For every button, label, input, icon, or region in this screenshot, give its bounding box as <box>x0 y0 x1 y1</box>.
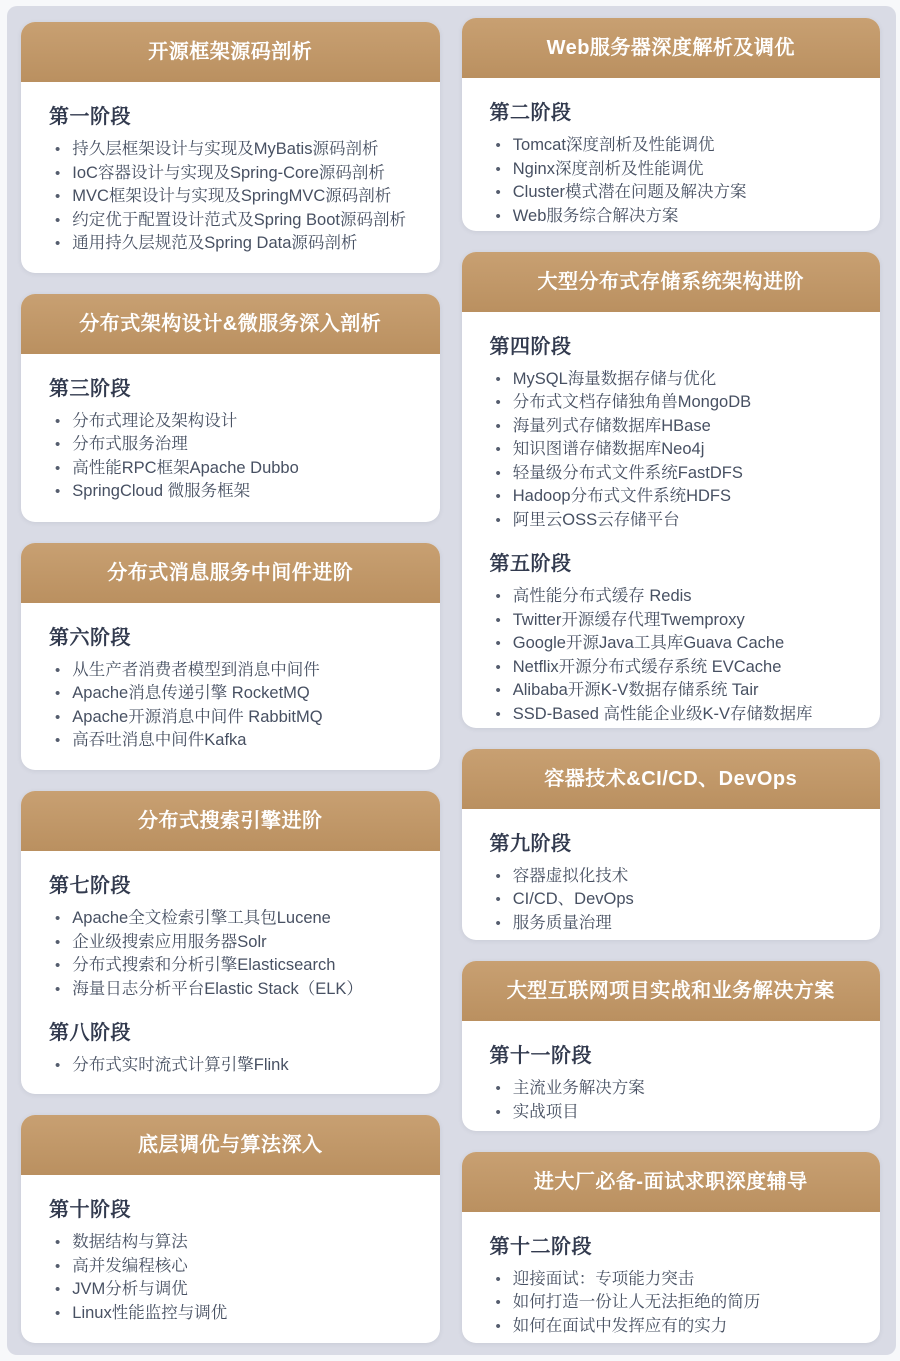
course-card-title: 底层调优与算法深入 <box>138 1133 323 1157</box>
bullet-icon: • <box>496 705 501 726</box>
course-card: Web服务器深度解析及调优 第二阶段 •Tomcat深度剖析及性能调优 •Ngi… <box>462 18 881 231</box>
bullet-icon: • <box>496 160 501 181</box>
stage-title: 第九阶段 <box>490 827 857 856</box>
bullet-icon: • <box>496 658 501 679</box>
list-item: •MVC框架设计与实现及SpringMVC源码剖析 <box>49 186 416 208</box>
stage-title: 第十二阶段 <box>490 1230 857 1259</box>
list-item: •高吞吐消息中间件Kafka <box>49 730 416 752</box>
list-item: •Google开源Java工具库Guava Cache <box>490 633 857 655</box>
item-text: Nginx深度剖析及性能调优 <box>513 160 704 178</box>
bullet-icon: • <box>496 1317 501 1338</box>
item-text: JVM分析与调优 <box>72 1280 188 1298</box>
stage-section: 第九阶段 •容器虚拟化技术 •CI/CD、DevOps •服务质量治理 <box>490 827 857 935</box>
stage-item-list: •Tomcat深度剖析及性能调优 •Nginx深度剖析及性能调优 •Cluste… <box>490 135 857 227</box>
course-card-title: 分布式搜索引擎进阶 <box>138 809 323 833</box>
list-item: •JVM分析与调优 <box>49 1279 416 1301</box>
course-card-body: 第十二阶段 •迎接面试：专项能力突击 •如何打造一份让人无法拒绝的简历 •如何在… <box>462 1212 881 1343</box>
bullet-icon: • <box>496 511 501 532</box>
bullet-icon: • <box>496 1103 501 1124</box>
list-item: •MySQL海量数据存储与优化 <box>490 369 857 391</box>
bullet-icon: • <box>55 187 60 208</box>
item-text: 如何打造一份让人无法拒绝的简历 <box>513 1293 761 1311</box>
item-text: Twitter开源缓存代理Twemproxy <box>513 611 745 629</box>
item-text: MVC框架设计与实现及SpringMVC源码剖析 <box>72 187 391 205</box>
course-card: 大型分布式存储系统架构进阶 第四阶段 •MySQL海量数据存储与优化 •分布式文… <box>462 252 881 728</box>
course-card-header: 底层调优与算法深入 <box>21 1115 440 1175</box>
stage-item-list: •Apache全文检索引擎工具包Lucene •企业级搜索应用服务器Solr •… <box>49 908 416 1000</box>
list-item: •轻量级分布式文件系统FastDFS <box>490 463 857 485</box>
item-text: 海量列式存储数据库HBase <box>513 417 711 435</box>
stage-title: 第十一阶段 <box>490 1039 857 1068</box>
columns-wrapper: 开源框架源码剖析 第一阶段 •持久层框架设计与实现及MyBatis源码剖析 •I… <box>21 18 880 1343</box>
bullet-icon: • <box>496 1079 501 1100</box>
stage-item-list: •迎接面试：专项能力突击 •如何打造一份让人无法拒绝的简历 •如何在面试中发挥应… <box>490 1269 857 1338</box>
stage-title: 第八阶段 <box>49 1016 416 1045</box>
item-text: 高性能分布式缓存 Redis <box>513 587 692 605</box>
stage-title: 第七阶段 <box>49 869 416 898</box>
list-item: •分布式理论及架构设计 <box>49 411 416 433</box>
stage-title: 第三阶段 <box>49 372 416 401</box>
course-card-title: 大型互联网项目实战和业务解决方案 <box>507 979 835 1003</box>
bullet-icon: • <box>55 1056 60 1077</box>
bullet-icon: • <box>55 684 60 705</box>
item-text: 分布式服务治理 <box>72 435 188 453</box>
bullet-icon: • <box>496 867 501 888</box>
course-card: 容器技术&CI/CD、DevOps 第九阶段 •容器虚拟化技术 •CI/CD、D… <box>462 749 881 940</box>
stage-item-list: •数据结构与算法 •高并发编程核心 •JVM分析与调优 •Linux性能监控与调… <box>49 1232 416 1324</box>
course-card-body: 第四阶段 •MySQL海量数据存储与优化 •分布式文档存储独角兽MongoDB … <box>462 312 881 728</box>
bullet-icon: • <box>55 731 60 752</box>
list-item: •阿里云OSS云存储平台 <box>490 510 857 532</box>
item-text: 约定优于配置设计范式及Spring Boot源码剖析 <box>72 211 406 229</box>
stage-title: 第五阶段 <box>490 547 857 576</box>
list-item: •从生产者消费者模型到消息中间件 <box>49 660 416 682</box>
stage-section: 第五阶段 •高性能分布式缓存 Redis •Twitter开源缓存代理Twemp… <box>490 547 857 727</box>
stage-section: 第六阶段 •从生产者消费者模型到消息中间件 •Apache消息传递引擎 Rock… <box>49 621 416 752</box>
stage-title: 第二阶段 <box>490 96 857 125</box>
item-text: 轻量级分布式文件系统FastDFS <box>513 464 743 482</box>
item-text: 持久层框架设计与实现及MyBatis源码剖析 <box>72 140 378 158</box>
course-card-title: 开源框架源码剖析 <box>148 40 312 64</box>
bullet-icon: • <box>55 708 60 729</box>
bullet-icon: • <box>496 1293 501 1314</box>
course-card-header: 分布式架构设计&微服务深入剖析 <box>21 294 440 354</box>
course-card: 分布式架构设计&微服务深入剖析 第三阶段 •分布式理论及架构设计 •分布式服务治… <box>21 294 440 522</box>
list-item: •服务质量治理 <box>490 913 857 935</box>
course-card-body: 第十阶段 •数据结构与算法 •高并发编程核心 •JVM分析与调优 •Linux性… <box>21 1175 440 1343</box>
list-item: •如何在面试中发挥应有的实力 <box>490 1316 857 1338</box>
bullet-icon: • <box>496 464 501 485</box>
item-text: 分布式文档存储独角兽MongoDB <box>513 393 751 411</box>
course-card-header: 大型互联网项目实战和业务解决方案 <box>462 961 881 1021</box>
item-text: 实战项目 <box>513 1103 579 1121</box>
stage-title: 第一阶段 <box>49 100 416 129</box>
course-card-header: 开源框架源码剖析 <box>21 22 440 82</box>
curriculum-board: 开源框架源码剖析 第一阶段 •持久层框架设计与实现及MyBatis源码剖析 •I… <box>7 6 896 1355</box>
bullet-icon: • <box>55 909 60 930</box>
course-card-title: 大型分布式存储系统架构进阶 <box>538 270 805 294</box>
list-item: •高性能分布式缓存 Redis <box>490 586 857 608</box>
list-item: •Cluster模式潜在问题及解决方案 <box>490 182 857 204</box>
list-item: •持久层框架设计与实现及MyBatis源码剖析 <box>49 139 416 161</box>
list-item: •Netflix开源分布式缓存系统 EVCache <box>490 657 857 679</box>
stage-section: 第三阶段 •分布式理论及架构设计 •分布式服务治理 •高性能RPC框架Apach… <box>49 372 416 503</box>
course-card: 分布式消息服务中间件进阶 第六阶段 •从生产者消费者模型到消息中间件 •Apac… <box>21 543 440 771</box>
list-item: •分布式文档存储独角兽MongoDB <box>490 392 857 414</box>
stage-section: 第二阶段 •Tomcat深度剖析及性能调优 •Nginx深度剖析及性能调优 •C… <box>490 96 857 227</box>
stage-section: 第十二阶段 •迎接面试：专项能力突击 •如何打造一份让人无法拒绝的简历 •如何在… <box>490 1230 857 1338</box>
list-item: •Linux性能监控与调优 <box>49 1303 416 1325</box>
list-item: •IoC容器设计与实现及Spring-Core源码剖析 <box>49 163 416 185</box>
course-card-title: 进大厂必备-面试求职深度辅导 <box>534 1170 808 1194</box>
bullet-icon: • <box>55 412 60 433</box>
list-item: •SpringCloud 微服务框架 <box>49 481 416 503</box>
bullet-icon: • <box>55 164 60 185</box>
course-card-title: 容器技术&CI/CD、DevOps <box>544 767 797 791</box>
list-item: •分布式实时流式计算引擎Flink <box>49 1055 416 1077</box>
bullet-icon: • <box>496 587 501 608</box>
bullet-icon: • <box>55 956 60 977</box>
course-card-header: Web服务器深度解析及调优 <box>462 18 881 78</box>
item-text: Tomcat深度剖析及性能调优 <box>513 136 715 154</box>
bullet-icon: • <box>496 417 501 438</box>
item-text: MySQL海量数据存储与优化 <box>513 370 717 388</box>
item-text: 如何在面试中发挥应有的实力 <box>513 1317 728 1335</box>
item-text: Apache消息传递引擎 RocketMQ <box>72 684 309 702</box>
item-text: 海量日志分析平台Elastic Stack（ELK） <box>72 980 363 998</box>
course-card-title: 分布式架构设计&微服务深入剖析 <box>79 312 381 336</box>
bullet-icon: • <box>55 661 60 682</box>
course-card-header: 容器技术&CI/CD、DevOps <box>462 749 881 809</box>
bullet-icon: • <box>496 393 501 414</box>
list-item: •SSD-Based 高性能企业级K-V存储数据库 Aerospike <box>490 704 857 728</box>
list-item: •Web服务综合解决方案 <box>490 206 857 228</box>
bullet-icon: • <box>55 933 60 954</box>
list-item: •Tomcat深度剖析及性能调优 <box>490 135 857 157</box>
item-text: CI/CD、DevOps <box>513 890 634 908</box>
left-column: 开源框架源码剖析 第一阶段 •持久层框架设计与实现及MyBatis源码剖析 •I… <box>21 18 440 1343</box>
item-text: 高性能RPC框架Apache Dubbo <box>72 459 299 477</box>
stage-section: 第一阶段 •持久层框架设计与实现及MyBatis源码剖析 •IoC容器设计与实现… <box>49 100 416 255</box>
item-text: 阿里云OSS云存储平台 <box>513 511 680 529</box>
item-text: Netflix开源分布式缓存系统 EVCache <box>513 658 782 676</box>
course-card-body: 第三阶段 •分布式理论及架构设计 •分布式服务治理 •高性能RPC框架Apach… <box>21 354 440 522</box>
course-card-header: 分布式搜索引擎进阶 <box>21 791 440 851</box>
course-card-body: 第二阶段 •Tomcat深度剖析及性能调优 •Nginx深度剖析及性能调优 •C… <box>462 78 881 231</box>
list-item: •分布式搜索和分析引擎Elasticsearch <box>49 955 416 977</box>
list-item: •数据结构与算法 <box>49 1232 416 1254</box>
item-text: Alibaba开源K-V数据存储系统 Tair <box>513 681 759 699</box>
item-text: Hadoop分布式文件系统HDFS <box>513 487 731 505</box>
item-text: Apache全文检索引擎工具包Lucene <box>72 909 331 927</box>
stage-section: 第十阶段 •数据结构与算法 •高并发编程核心 •JVM分析与调优 •Linux性… <box>49 1193 416 1324</box>
right-column: Web服务器深度解析及调优 第二阶段 •Tomcat深度剖析及性能调优 •Ngi… <box>462 18 881 1343</box>
bullet-icon: • <box>496 370 501 391</box>
item-text: 服务质量治理 <box>513 914 612 932</box>
stage-section: 第七阶段 •Apache全文检索引擎工具包Lucene •企业级搜索应用服务器S… <box>49 869 416 1000</box>
item-text: 高吞吐消息中间件Kafka <box>72 731 246 749</box>
item-text: 主流业务解决方案 <box>513 1079 645 1097</box>
bullet-icon: • <box>55 482 60 503</box>
list-item: •Alibaba开源K-V数据存储系统 Tair <box>490 680 857 702</box>
bullet-icon: • <box>55 980 60 1001</box>
bullet-icon: • <box>496 634 501 655</box>
list-item: •约定优于配置设计范式及Spring Boot源码剖析 <box>49 210 416 232</box>
list-item: •主流业务解决方案 <box>490 1078 857 1100</box>
item-text: Apache开源消息中间件 RabbitMQ <box>72 708 322 726</box>
stage-section: 第八阶段 •分布式实时流式计算引擎Flink <box>49 1016 416 1077</box>
course-card-header: 大型分布式存储系统架构进阶 <box>462 252 881 312</box>
item-text: 知识图谱存储数据库Neo4j <box>513 440 705 458</box>
list-item: •海量日志分析平台Elastic Stack（ELK） <box>49 979 416 1001</box>
course-card-body: 第七阶段 •Apache全文检索引擎工具包Lucene •企业级搜索应用服务器S… <box>21 851 440 1094</box>
item-text: IoC容器设计与实现及Spring-Core源码剖析 <box>72 164 385 182</box>
bullet-icon: • <box>496 611 501 632</box>
bullet-icon: • <box>55 211 60 232</box>
stage-item-list: •从生产者消费者模型到消息中间件 •Apache消息传递引擎 RocketMQ … <box>49 660 416 752</box>
bullet-icon: • <box>496 136 501 157</box>
bullet-icon: • <box>55 234 60 255</box>
item-text: SSD-Based 高性能企业级K-V存储数据库 Aerospike <box>490 705 813 728</box>
course-card-header: 进大厂必备-面试求职深度辅导 <box>462 1152 881 1212</box>
course-card: 大型互联网项目实战和业务解决方案 第十一阶段 •主流业务解决方案 •实战项目 <box>462 961 881 1131</box>
stage-section: 第十一阶段 •主流业务解决方案 •实战项目 <box>490 1039 857 1123</box>
list-item: •知识图谱存储数据库Neo4j <box>490 439 857 461</box>
item-text: Cluster模式潜在问题及解决方案 <box>513 183 747 201</box>
bullet-icon: • <box>55 459 60 480</box>
course-card: 分布式搜索引擎进阶 第七阶段 •Apache全文检索引擎工具包Lucene •企… <box>21 791 440 1094</box>
bullet-icon: • <box>496 1270 501 1291</box>
stage-item-list: •主流业务解决方案 •实战项目 <box>490 1078 857 1123</box>
list-item: •Apache消息传递引擎 RocketMQ <box>49 683 416 705</box>
item-text: 企业级搜索应用服务器Solr <box>72 933 266 951</box>
list-item: •企业级搜索应用服务器Solr <box>49 932 416 954</box>
list-item: •分布式服务治理 <box>49 434 416 456</box>
bullet-icon: • <box>55 1304 60 1325</box>
list-item: •迎接面试：专项能力突击 <box>490 1269 857 1291</box>
bullet-icon: • <box>496 890 501 911</box>
list-item: •Hadoop分布式文件系统HDFS <box>490 486 857 508</box>
list-item: •Nginx深度剖析及性能调优 <box>490 159 857 181</box>
course-card-body: 第十一阶段 •主流业务解决方案 •实战项目 <box>462 1021 881 1131</box>
stage-item-list: •持久层框架设计与实现及MyBatis源码剖析 •IoC容器设计与实现及Spri… <box>49 139 416 255</box>
course-card-title: Web服务器深度解析及调优 <box>547 36 795 60</box>
stage-item-list: •容器虚拟化技术 •CI/CD、DevOps •服务质量治理 <box>490 866 857 935</box>
stage-item-list: •分布式理论及架构设计 •分布式服务治理 •高性能RPC框架Apache Dub… <box>49 411 416 503</box>
item-text: 分布式理论及架构设计 <box>72 412 237 430</box>
list-item: •Twitter开源缓存代理Twemproxy <box>490 610 857 632</box>
item-text: 从生产者消费者模型到消息中间件 <box>72 661 320 679</box>
course-card-header: 分布式消息服务中间件进阶 <box>21 543 440 603</box>
item-text: 分布式搜索和分析引擎Elasticsearch <box>72 956 335 974</box>
item-text: 容器虚拟化技术 <box>513 867 629 885</box>
item-text: 数据结构与算法 <box>72 1233 188 1251</box>
course-card-body: 第一阶段 •持久层框架设计与实现及MyBatis源码剖析 •IoC容器设计与实现… <box>21 82 440 273</box>
bullet-icon: • <box>496 440 501 461</box>
list-item: •海量列式存储数据库HBase <box>490 416 857 438</box>
bullet-icon: • <box>496 487 501 508</box>
course-card-body: 第九阶段 •容器虚拟化技术 •CI/CD、DevOps •服务质量治理 <box>462 809 881 940</box>
list-item: •高并发编程核心 <box>49 1256 416 1278</box>
item-text: 分布式实时流式计算引擎Flink <box>72 1056 288 1074</box>
item-text: 高并发编程核心 <box>72 1257 188 1275</box>
list-item: •容器虚拟化技术 <box>490 866 857 888</box>
bullet-icon: • <box>55 1280 60 1301</box>
bullet-icon: • <box>55 1233 60 1254</box>
bullet-icon: • <box>496 183 501 204</box>
course-card: 底层调优与算法深入 第十阶段 •数据结构与算法 •高并发编程核心 •JVM分析与… <box>21 1115 440 1343</box>
stage-title: 第四阶段 <box>490 330 857 359</box>
stage-item-list: •MySQL海量数据存储与优化 •分布式文档存储独角兽MongoDB •海量列式… <box>490 369 857 532</box>
item-text: 迎接面试：专项能力突击 <box>513 1270 695 1288</box>
course-card: 开源框架源码剖析 第一阶段 •持久层框架设计与实现及MyBatis源码剖析 •I… <box>21 22 440 273</box>
stage-item-list: •高性能分布式缓存 Redis •Twitter开源缓存代理Twemproxy … <box>490 586 857 727</box>
bullet-icon: • <box>496 914 501 935</box>
list-item: •Apache全文检索引擎工具包Lucene <box>49 908 416 930</box>
list-item: •如何打造一份让人无法拒绝的简历 <box>490 1292 857 1314</box>
stage-title: 第十阶段 <box>49 1193 416 1222</box>
item-text: 通用持久层规范及Spring Data源码剖析 <box>72 234 357 252</box>
list-item: •高性能RPC框架Apache Dubbo <box>49 458 416 480</box>
course-card-body: 第六阶段 •从生产者消费者模型到消息中间件 •Apache消息传递引擎 Rock… <box>21 603 440 771</box>
list-item: •实战项目 <box>490 1102 857 1124</box>
item-text: SpringCloud 微服务框架 <box>72 482 250 500</box>
bullet-icon: • <box>55 1257 60 1278</box>
list-item: •CI/CD、DevOps <box>490 889 857 911</box>
course-card: 进大厂必备-面试求职深度辅导 第十二阶段 •迎接面试：专项能力突击 •如何打造一… <box>462 1152 881 1343</box>
stage-item-list: •分布式实时流式计算引擎Flink <box>49 1055 416 1077</box>
bullet-icon: • <box>496 207 501 228</box>
bullet-icon: • <box>55 435 60 456</box>
stage-section: 第四阶段 •MySQL海量数据存储与优化 •分布式文档存储独角兽MongoDB … <box>490 330 857 532</box>
bullet-icon: • <box>496 681 501 702</box>
item-text: Google开源Java工具库Guava Cache <box>513 634 784 652</box>
bullet-icon: • <box>55 140 60 161</box>
item-text: Web服务综合解决方案 <box>513 207 679 225</box>
list-item: •Apache开源消息中间件 RabbitMQ <box>49 707 416 729</box>
list-item: •通用持久层规范及Spring Data源码剖析 <box>49 233 416 255</box>
course-card-title: 分布式消息服务中间件进阶 <box>107 561 353 585</box>
item-text: Linux性能监控与调优 <box>72 1304 227 1322</box>
stage-title: 第六阶段 <box>49 621 416 650</box>
